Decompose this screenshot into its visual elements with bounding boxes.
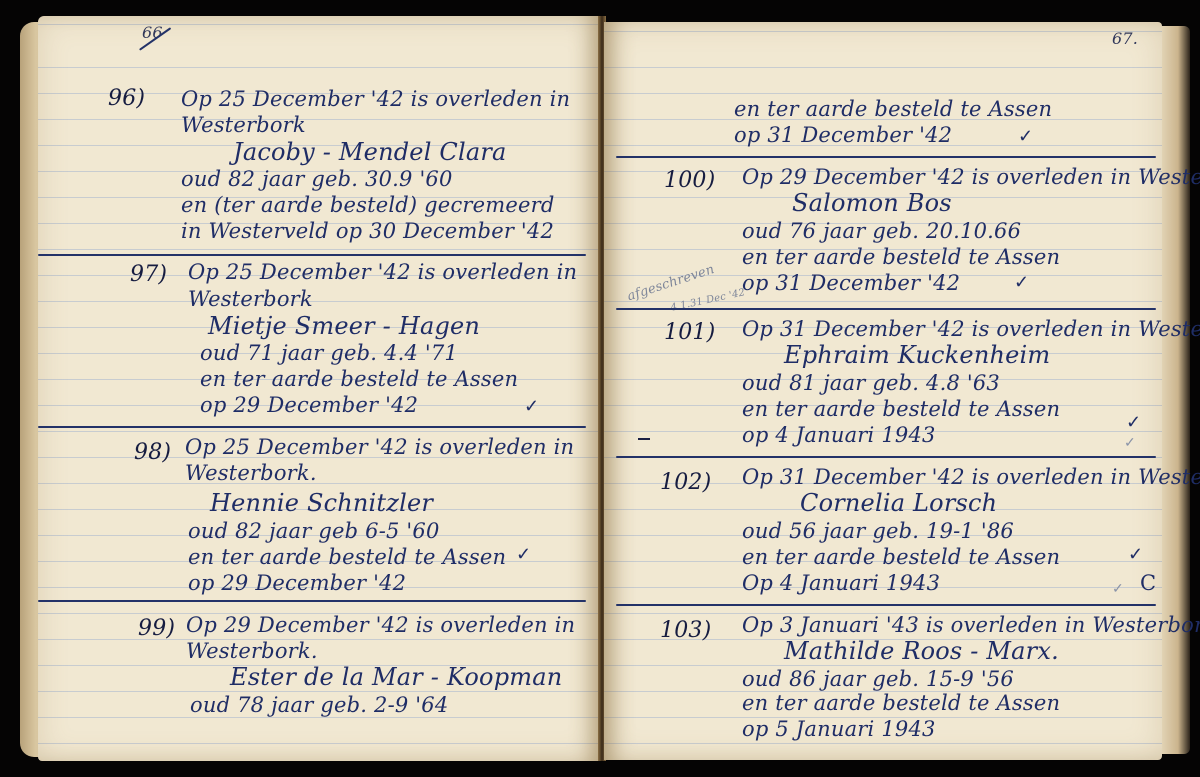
check-mark: ✓ — [1014, 270, 1029, 296]
entry-divider — [38, 600, 586, 602]
entry-divider — [616, 156, 1156, 158]
entry-line: op 29 December '42 — [188, 570, 406, 596]
entry-line: oud 82 jaar geb 6-5 '60 — [188, 518, 440, 544]
entry-number: 99) — [138, 616, 175, 642]
entry-line: en ter aarde besteld te Assen — [742, 544, 1060, 570]
entry-divider — [616, 308, 1156, 310]
entry-line: Op 29 December '42 is overleden in Weste… — [742, 164, 1200, 190]
deceased-name: Jacoby - Mendel Clara — [233, 139, 507, 165]
entry-line: Westerbork. — [185, 460, 317, 486]
entry-line: en ter aarde besteld te Assen — [742, 690, 1060, 716]
entry-divider — [38, 426, 586, 428]
entry-line: oud 81 jaar geb. 4.8 '63 — [742, 370, 1000, 396]
entry-number: 98) — [134, 440, 171, 466]
entry-line: en ter aarde besteld te Assen — [742, 396, 1060, 422]
entry-line: Op 25 December '42 is overleden in — [181, 86, 570, 112]
entry-line: oud 71 jaar geb. 4.4 '71 — [200, 340, 458, 366]
entry-line: en ter aarde besteld te Assen — [188, 544, 506, 570]
deceased-name: Cornelia Lorsch — [800, 490, 997, 516]
deceased-name: Mathilde Roos - Marx. — [784, 638, 1059, 664]
entry-line: Westerbork — [188, 286, 313, 312]
deceased-name: Ephraim Kuckenheim — [784, 342, 1050, 368]
left-page: 66 96) Op 25 December '42 is overleden i… — [38, 16, 600, 761]
check-mark: ✓ — [1128, 542, 1143, 568]
entry-number: 97) — [130, 262, 167, 288]
entry-number: 96) — [108, 86, 145, 112]
entry-number: 102) — [660, 470, 711, 496]
burial-date-line: Op 4 Januari 1943 — [742, 570, 940, 596]
deceased-name: Hennie Schnitzler — [210, 490, 433, 516]
entry-line: oud 86 jaar geb. 15-9 '56 — [742, 666, 1014, 692]
entry-line: oud 82 jaar geb. 30.9 '60 — [181, 166, 453, 192]
right-page-number: 67. — [1112, 26, 1138, 52]
entry-line: op 31 December '42 — [742, 270, 960, 296]
entry-line: Op 25 December '42 is overleden in — [188, 259, 577, 285]
entry-line: Op 31 December '42 is overleden in Weste… — [742, 464, 1200, 490]
open-register-book: 66 96) Op 25 December '42 is overleden i… — [0, 0, 1200, 777]
entry-line: en ter aarde besteld te Assen — [742, 244, 1060, 270]
right-page-stack-edge — [1160, 26, 1190, 754]
entry-line: oud 78 jaar geb. 2-9 '64 — [190, 692, 448, 718]
check-mark: ✓ — [516, 542, 531, 568]
entry-line: Op 3 Januari '43 is overleden in Westerb… — [742, 612, 1200, 638]
entry-number: 100) — [664, 168, 715, 194]
entry-line: Op 31 December '42 is overleden in Weste… — [742, 316, 1200, 342]
burial-date-line: op 4 Januari 1943 — [742, 422, 936, 448]
entry-line: op 29 December '42 — [200, 392, 418, 418]
entry-line: en ter aarde besteld te Assen — [200, 366, 518, 392]
entry-number: 103) — [660, 618, 711, 644]
burial-date-line: op 5 Januari 1943 — [742, 716, 936, 742]
entry-divider — [616, 456, 1156, 458]
entry-line: in Westerveld op 30 December '42 — [181, 218, 554, 244]
entry-line: en (ter aarde besteld) gecremeerd — [181, 192, 555, 218]
entry-line: op 31 December '42 — [734, 122, 952, 148]
margin-mark-c: C — [1140, 570, 1156, 596]
entry-line: Op 25 December '42 is overleden in — [185, 434, 574, 460]
deceased-name: Ester de la Mar - Koopman — [230, 664, 562, 690]
entry-number: 101) — [664, 320, 715, 346]
entry-divider — [616, 604, 1156, 606]
check-mark: ✓ — [524, 394, 539, 420]
entry-divider — [38, 254, 586, 256]
entry-line: oud 76 jaar geb. 20.10.66 — [742, 218, 1021, 244]
entry-line: oud 56 jaar geb. 19-1 '86 — [742, 518, 1014, 544]
entry-line: en ter aarde besteld te Assen — [734, 96, 1052, 122]
entry-line: Westerbork. — [186, 638, 318, 664]
margin-dash — [638, 438, 650, 440]
entry-line: Westerbork — [181, 112, 306, 138]
entry-line: Op 29 December '42 is overleden in — [186, 612, 575, 638]
pencil-check-mark: ✓ — [1112, 576, 1124, 602]
right-page: 67. en ter aarde besteld te Assen op 31 … — [604, 22, 1162, 760]
deceased-name: Mietje Smeer - Hagen — [208, 313, 480, 339]
check-mark: ✓ — [1018, 124, 1033, 150]
pencil-check-mark: ✓ — [1124, 430, 1136, 456]
deceased-name: Salomon Bos — [792, 190, 952, 216]
